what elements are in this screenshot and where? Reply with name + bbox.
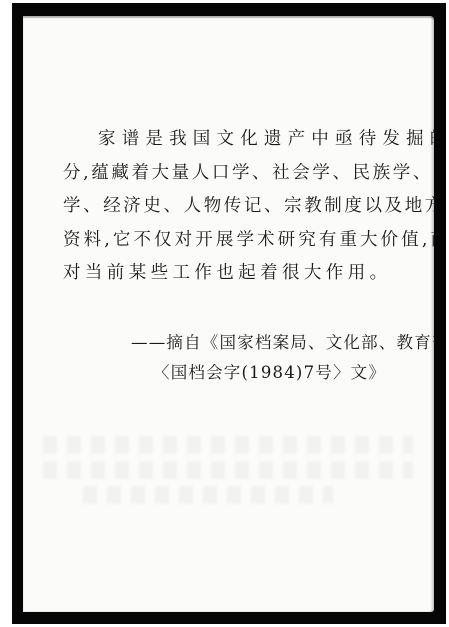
attribution-line: 〈国档会字(1984)7号〉文》 xyxy=(131,358,421,388)
paragraph-line: 分,蕴藏着大量人口学、社会学、民族学、民俗 xyxy=(63,157,403,191)
paragraph-line: 对当前某些工作也起着很大作用。 xyxy=(63,257,403,291)
document-page: 家谱是我国文化遗产中亟待发掘的一部 分,蕴藏着大量人口学、社会学、民族学、民俗 … xyxy=(23,16,434,612)
source-attribution: ——摘自《国家档案局、文化部、教育部 〈国档会字(1984)7号〉文》 xyxy=(131,328,421,388)
bleed-through-noise xyxy=(43,436,413,454)
body-paragraph: 家谱是我国文化遗产中亟待发掘的一部 分,蕴藏着大量人口学、社会学、民族学、民俗 … xyxy=(63,123,403,291)
bleed-through-noise xyxy=(83,486,333,504)
paragraph-line: 资料,它不仅对开展学术研究有重大价值,而且 xyxy=(63,224,403,258)
attribution-line: ——摘自《国家档案局、文化部、教育部 xyxy=(131,328,421,358)
paragraph-line: 家谱是我国文化遗产中亟待发掘的一部 xyxy=(63,123,403,157)
bleed-through-noise xyxy=(43,461,413,479)
paragraph-line: 学、经济史、人物传记、宗教制度以及地方史的 xyxy=(63,190,403,224)
